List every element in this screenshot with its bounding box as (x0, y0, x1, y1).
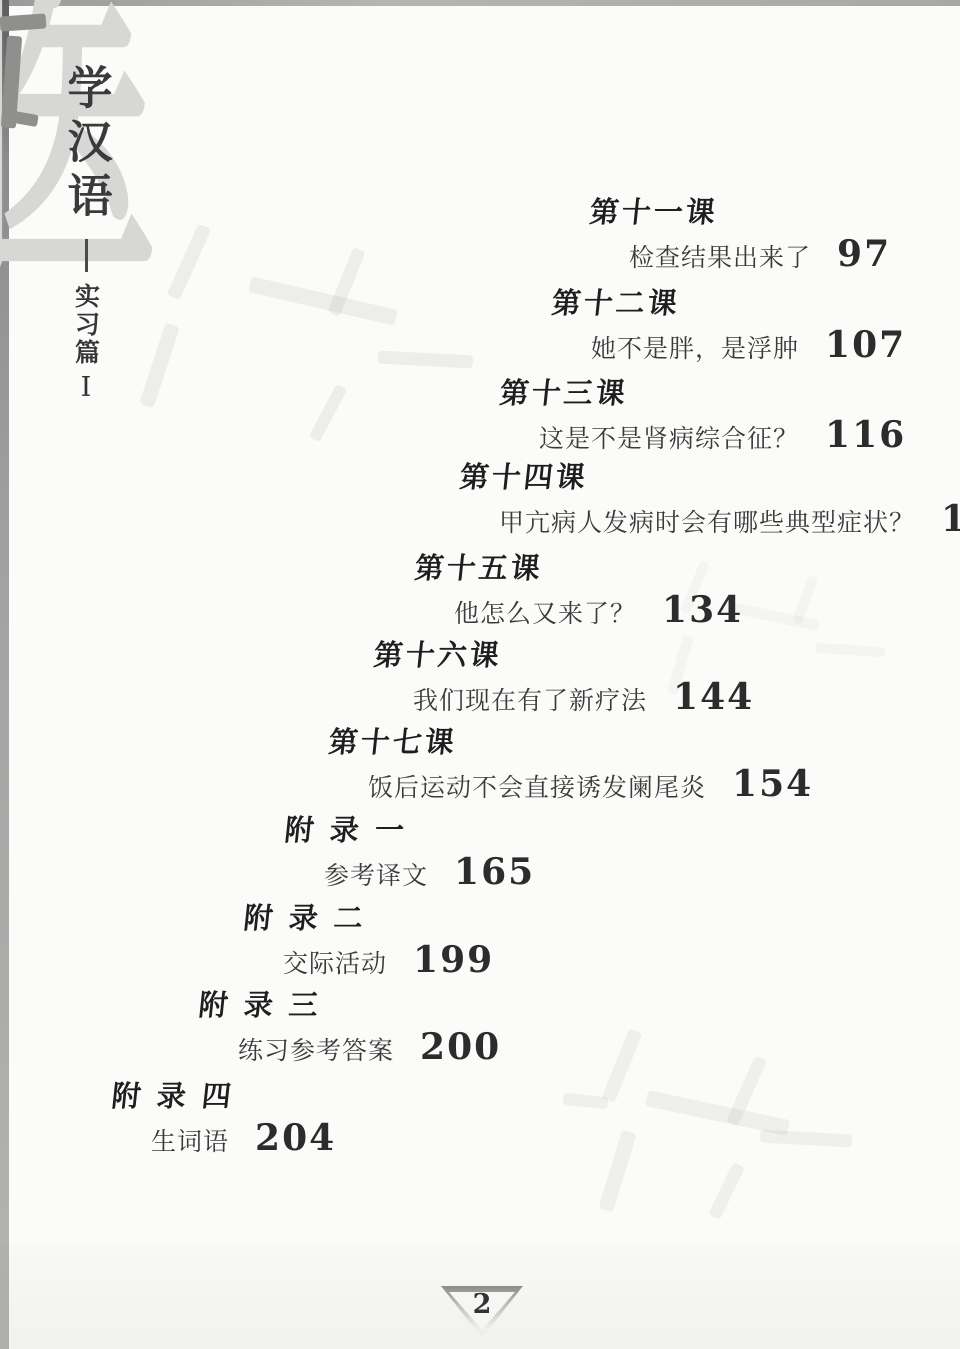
toc-entry-subtitle: 甲亢病人发病时会有哪些典型症状？ (499, 503, 915, 539)
toc-entry: 第十五课 他怎么又来了？ 134 (413, 553, 743, 630)
toc-entry-title: 附 录 一 (283, 815, 539, 847)
toc-entry-title: 第十七课 (327, 727, 817, 759)
toc-entry-subline: 检查结果出来了 97 (629, 236, 891, 274)
toc-entry-page-number: 125 (941, 501, 960, 537)
toc-entry-subline: 练习参考答案 200 (238, 1029, 501, 1067)
spine-volume-numeral: I (81, 372, 92, 403)
watermark-stroke (601, 1028, 642, 1103)
spine-dash (85, 239, 88, 272)
spine-series-title: 学汉语 (64, 64, 109, 226)
watermark-stroke (598, 1130, 636, 1213)
toc-entry: 第十一课 检查结果出来了 97 (588, 197, 891, 274)
toc-entry-subtitle: 生词语 (151, 1122, 229, 1158)
toc-entry-title: 附 录 三 (197, 990, 505, 1022)
watermark-stroke (309, 384, 348, 443)
toc-entry-subline: 她不是胖，是浮肿 107 (591, 327, 906, 365)
toc-entry-page-number: 107 (825, 327, 906, 363)
toc-entry-page-number: 165 (454, 854, 535, 890)
toc-entry-title: 第十四课 (458, 462, 960, 494)
toc-entry-page-number: 199 (413, 942, 494, 978)
toc-entry: 第十七课 饭后运动不会直接诱发阑尾炎 154 (327, 727, 813, 804)
toc-entry-title: 第十六课 (372, 640, 758, 672)
toc-entry-subtitle: 参考译文 (324, 856, 428, 892)
toc-entry-page-number: 200 (420, 1029, 501, 1065)
watermark-stroke (815, 643, 886, 658)
toc-entry: 附 录 二 交际活动 199 (242, 903, 494, 980)
toc-entry-subtitle: 检查结果出来了 (629, 238, 811, 274)
page-number-text: 2 (441, 1289, 523, 1320)
toc-entry: 第十六课 我们现在有了新疗法 144 (372, 640, 754, 717)
toc-entry: 附 录 三 练习参考答案 200 (197, 990, 501, 1067)
toc-entry-subline: 生词语 204 (151, 1120, 336, 1158)
toc-entry: 第十二课 她不是胖，是浮肿 107 (550, 288, 906, 365)
watermark-stroke (139, 323, 180, 408)
spine-series-subtitle: 实习篇 (74, 283, 99, 367)
spine-title-block: 学汉语 实习篇 I (50, 64, 122, 403)
toc-entry-title: 第十二课 (550, 288, 910, 320)
toc-entry-subline: 参考译文 165 (324, 854, 535, 892)
toc-entry-subtitle: 这是不是肾病综合征？ (539, 419, 799, 455)
toc-entry-page-number: 204 (255, 1120, 336, 1156)
toc-entry: 附 录 一 参考译文 165 (283, 815, 535, 892)
watermark-stroke (708, 1162, 745, 1220)
toc-entry-subline: 我们现在有了新疗法 144 (413, 679, 754, 717)
watermark-stroke (167, 224, 212, 301)
toc-entry-page-number: 154 (732, 766, 813, 802)
toc-entry-page-number: 134 (662, 592, 743, 628)
watermark-stroke (378, 351, 474, 369)
toc-entry-subline: 这是不是肾病综合征？ 116 (539, 417, 906, 455)
page-number-triangle: 2 (441, 1286, 523, 1338)
toc-entry-page-number: 144 (673, 679, 754, 715)
toc-entry-subtitle: 练习参考答案 (238, 1031, 394, 1067)
watermark-stroke (760, 1130, 853, 1148)
toc-entry-subtitle: 他怎么又来了？ (454, 594, 636, 630)
toc-entry-subtitle: 她不是胖，是浮肿 (591, 329, 799, 365)
toc-entry-subtitle: 交际活动 (283, 944, 387, 980)
toc-entry-subline: 他怎么又来了？ 134 (454, 592, 743, 630)
toc-entry: 第十三课 这是不是肾病综合征？ 116 (498, 378, 906, 455)
toc-entry-page-number: 116 (825, 417, 906, 453)
toc-entry-subline: 饭后运动不会直接诱发阑尾炎 154 (368, 766, 813, 804)
toc-entry-title: 第十三课 (498, 378, 910, 410)
toc-entry-title: 附 录 二 (242, 903, 498, 935)
toc-entry-subline: 交际活动 199 (283, 942, 494, 980)
toc-entry: 附 录 四 生词语 204 (110, 1081, 336, 1158)
toc-entry: 第十四课 甲亢病人发病时会有哪些典型症状？ 125 (458, 462, 960, 539)
watermark-stroke (248, 276, 398, 325)
dark-corner-stroke (0, 13, 46, 31)
toc-entry-page-number: 97 (837, 236, 891, 272)
toc-entry-subline: 甲亢病人发病时会有哪些典型症状？ 125 (499, 501, 960, 539)
toc-entry-title: 第十五课 (413, 553, 747, 585)
toc-entry-subtitle: 我们现在有了新疗法 (413, 681, 647, 717)
toc-entry-title: 附 录 四 (110, 1081, 340, 1113)
toc-entry-title: 第十一课 (588, 197, 894, 229)
book-toc-page: 医 学汉语 实习篇 I 第十一课 检查结果出来了 (0, 0, 960, 1349)
toc-entry-subtitle: 饭后运动不会直接诱发阑尾炎 (368, 768, 706, 804)
